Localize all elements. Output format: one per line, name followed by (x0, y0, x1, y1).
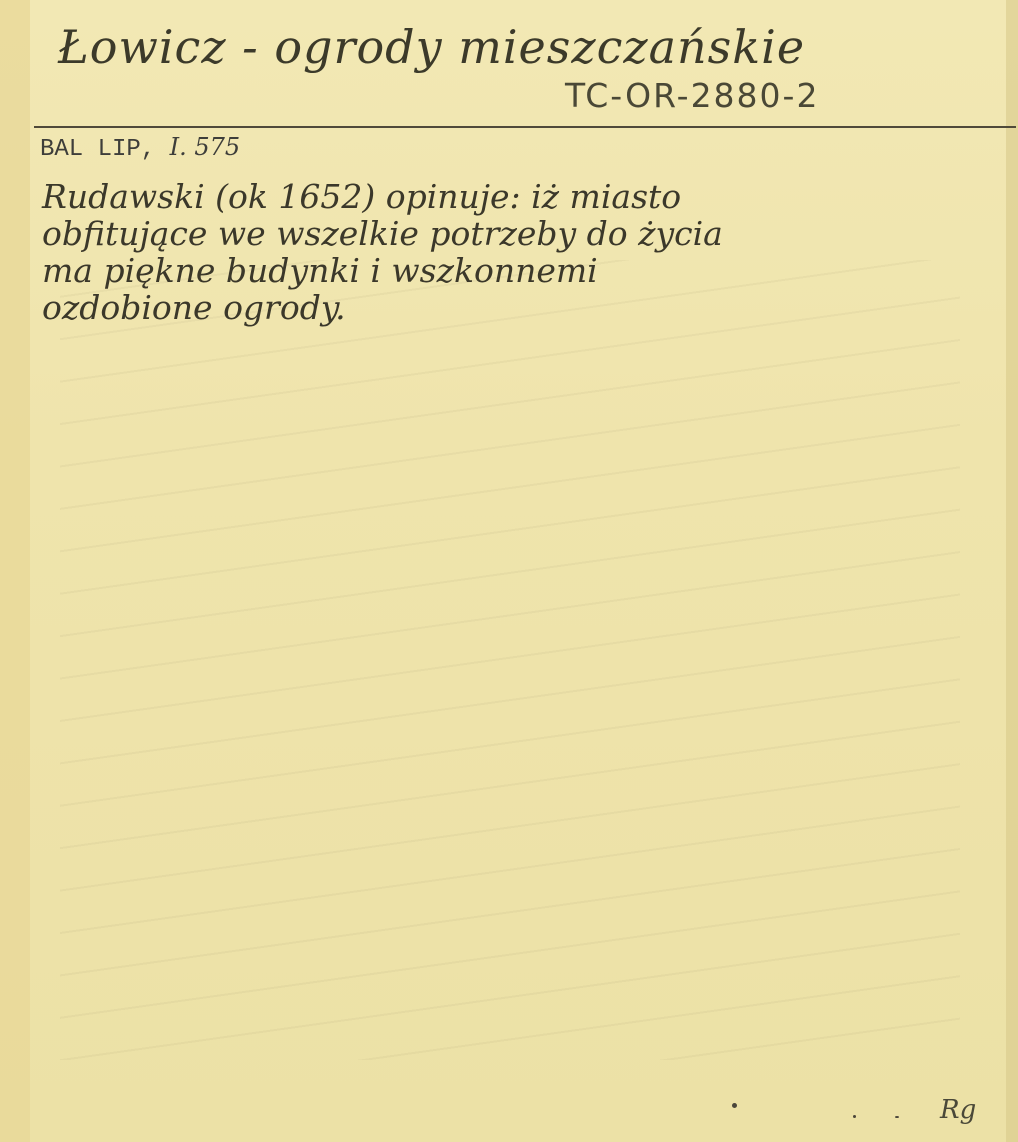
ink-speck (732, 1103, 737, 1108)
body-line: Rudawski (ok 1652) opinuje: iż miasto (42, 178, 992, 215)
body-line: ozdobione ogrody. (42, 289, 992, 326)
ink-speck (895, 1116, 899, 1118)
author-initials: Rg (940, 1095, 976, 1125)
ink-speck (853, 1115, 856, 1118)
card-left-edge (0, 0, 30, 1142)
card-right-edge (1006, 0, 1018, 1142)
reverse-side-bleed-through (60, 260, 960, 1060)
body-line: ma piękne budynki i wszkonnemi (42, 252, 992, 289)
index-card: Łowicz - ogrody mieszczańskie TC-OR-2880… (0, 0, 1018, 1142)
source-prefix: BAL LIP, (40, 136, 155, 163)
card-title: Łowicz - ogrody mieszczańskie (58, 20, 805, 74)
source-reference: BAL LIP, I. 575 (40, 133, 240, 163)
body-line: obfitujące we wszelkie potrzeby do życia (42, 215, 992, 252)
header-rule (34, 126, 1016, 128)
source-volume-page: I. 575 (170, 133, 241, 161)
card-body: Rudawski (ok 1652) opinuje: iż miasto ob… (42, 178, 992, 326)
catalog-signature: TC-OR-2880-2 (565, 76, 819, 115)
